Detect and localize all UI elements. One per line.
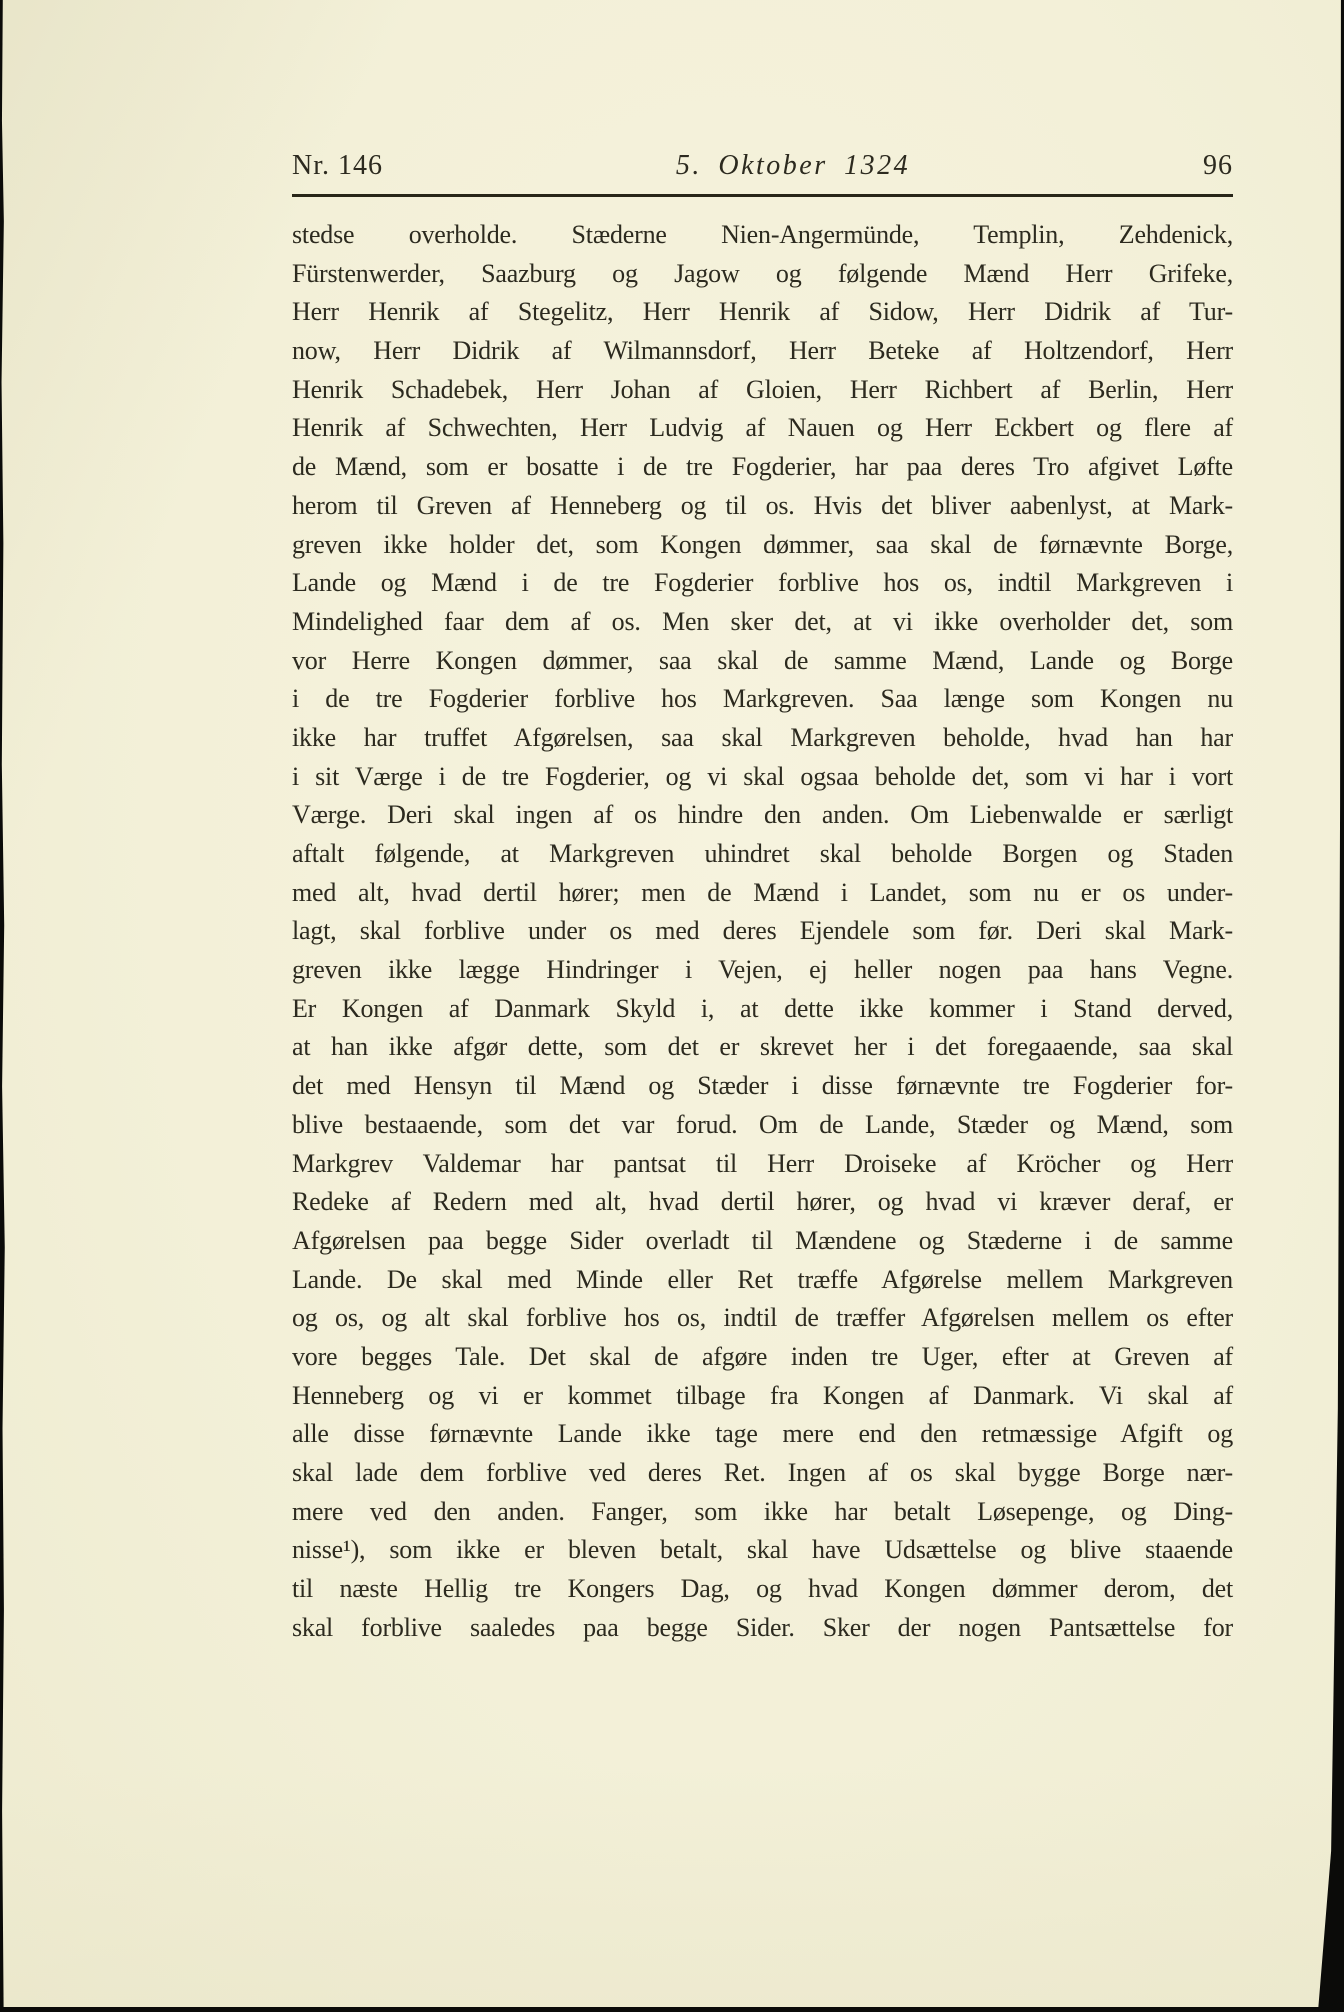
document-date: 5. Oktober 1324: [383, 150, 1203, 182]
text-line: skal lade dem forblive ved deres Ret. In…: [292, 1454, 1233, 1493]
text-line: til næste Hellig tre Kongers Dag, og hva…: [292, 1570, 1233, 1609]
text-line: i sit Værge i de tre Fogderier, og vi sk…: [292, 758, 1233, 797]
text-line: Markgrev Valdemar har pantsat til Herr D…: [292, 1145, 1233, 1184]
text-line: Lande. De skal med Minde eller Ret træff…: [292, 1261, 1233, 1300]
text-line: Fürstenwerder, Saazburg og Jagow og følg…: [292, 255, 1233, 294]
text-line: med alt, hvad dertil hører; men de Mænd …: [292, 874, 1233, 913]
text-line: herom til Greven af Henneberg og til os.…: [292, 487, 1233, 526]
scan-edge-bottom: [0, 2007, 1344, 2012]
text-line: Lande og Mænd i de tre Fogderier forbliv…: [292, 564, 1233, 603]
text-line: blive bestaaende, som det var forud. Om …: [292, 1106, 1233, 1145]
text-line: Værge. Deri skal ingen af os hindre den …: [292, 796, 1233, 835]
text-line: skal forblive saaledes paa begge Sider. …: [292, 1609, 1233, 1648]
text-line: nisse¹), som ikke er bleven betalt, skal…: [292, 1531, 1233, 1570]
text-line: de Mænd, som er bosatte i de tre Fogderi…: [292, 448, 1233, 487]
page-number: 96: [1203, 150, 1233, 182]
text-line: greven ikke holder det, som Kongen dømme…: [292, 526, 1233, 565]
text-line: ikke har truffet Afgørelsen, saa skal Ma…: [292, 719, 1233, 758]
text-line: Mindelighed faar dem af os. Men sker det…: [292, 603, 1233, 642]
text-line: now, Herr Didrik af Wilmannsdorf, Herr B…: [292, 332, 1233, 371]
text-line: alle disse førnævnte Lande ikke tage mer…: [292, 1415, 1233, 1454]
text-line: at han ikke afgør dette, som det er skre…: [292, 1028, 1233, 1067]
text-line: aftalt følgende, at Markgreven uhindret …: [292, 835, 1233, 874]
document-number: Nr. 146: [292, 150, 383, 182]
header-rule: [292, 194, 1233, 197]
text-line: Redeke af Redern med alt, hvad dertil hø…: [292, 1183, 1233, 1222]
text-line: Er Kongen af Danmark Skyld i, at dette i…: [292, 990, 1233, 1029]
text-line: vore begges Tale. Det skal de afgøre ind…: [292, 1338, 1233, 1377]
text-line: Henrik Schadebek, Herr Johan af Gloien, …: [292, 371, 1233, 410]
text-line: og os, og alt skal forblive hos os, indt…: [292, 1299, 1233, 1338]
text-line: Herr Henrik af Stegelitz, Herr Henrik af…: [292, 293, 1233, 332]
text-line: i de tre Fogderier forblive hos Markgrev…: [292, 680, 1233, 719]
text-line: stedse overholde. Stæderne Nien-Angermün…: [292, 216, 1233, 255]
text-line: Henneberg og vi er kommet tilbage fra Ko…: [292, 1377, 1233, 1416]
text-line: greven ikke lægge Hindringer i Vejen, ej…: [292, 951, 1233, 990]
text-line: Henrik af Schwechten, Herr Ludvig af Nau…: [292, 409, 1233, 448]
text-line: lagt, skal forblive under os med deres E…: [292, 912, 1233, 951]
text-line: vor Herre Kongen dømmer, saa skal de sam…: [292, 642, 1233, 681]
text-line: det med Hensyn til Mænd og Stæder i diss…: [292, 1067, 1233, 1106]
text-line: mere ved den anden. Fanger, som ikke har…: [292, 1493, 1233, 1532]
page-header: Nr. 146 5. Oktober 1324 96: [292, 150, 1233, 190]
body-text: stedse overholde. Stæderne Nien-Angermün…: [292, 216, 1233, 1647]
text-line: Afgørelsen paa begge Sider overladt til …: [292, 1222, 1233, 1261]
